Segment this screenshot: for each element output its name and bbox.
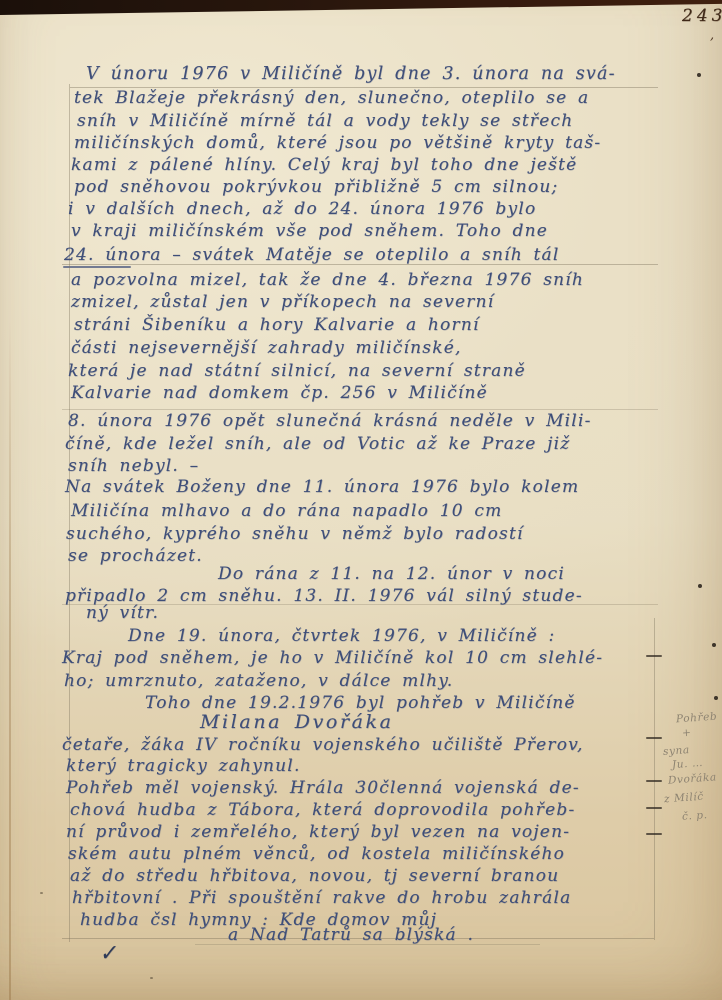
margin-note-line: č. p. (682, 809, 708, 823)
margin-note-line: Ju. … (672, 757, 704, 771)
pencil-speck (150, 977, 153, 979)
handwritten-line: a pozvolna mizel, tak že dne 4. března 1… (71, 270, 584, 291)
handwritten-line: 8. února 1976 opět slunečná krásná neděl… (68, 411, 592, 432)
handwritten-line: a Nad Tatrů sa blýská . (228, 925, 474, 946)
handwritten-line: sníh v Miličíně mírně tál a vody tekly s… (77, 111, 573, 132)
handwritten-line: 24. února – svátek Matěje se oteplilo a … (64, 245, 560, 266)
handwritten-line: stráni Šibeníku a hory Kalvarie a horní (74, 315, 480, 336)
tick-mark (646, 737, 662, 739)
handwritten-line: v kraji miličínském vše pod sněhem. Toho… (71, 221, 548, 242)
handwritten-line: V únoru 1976 v Miličíně byl dne 3. února… (86, 64, 616, 85)
margin-line-right (654, 618, 655, 940)
margin-note-line: + (682, 727, 692, 740)
handwritten-line: který tragicky zahynul. (66, 756, 301, 777)
handwritten-line: kami z pálené hlíny. Celý kraj byl toho … (71, 155, 577, 176)
handwritten-line: se procházet. (68, 546, 203, 567)
pencil-speck (40, 892, 43, 894)
handwritten-line: četaře, žáka IV ročníku vojenského učili… (62, 735, 584, 756)
ink-dot (712, 643, 716, 647)
handwritten-line: která je nad státní silnicí, na severní … (68, 361, 526, 382)
handwritten-line: číně, kde ležel sníh, ale od Votic až ke… (65, 434, 570, 455)
handwritten-line: sníh nebyl. – (68, 456, 199, 477)
handwritten-line: suchého, kyprého sněhu v němž bylo rados… (66, 524, 524, 545)
margin-note-line: syna (663, 744, 691, 758)
handwritten-line: Miličína mlhavo a do rána napadlo 10 cm (71, 501, 502, 522)
ink-dot (698, 584, 702, 588)
handwritten-line: Do rána z 11. na 12. únor v noci (218, 564, 565, 585)
tick-mark (646, 655, 662, 657)
handwritten-line: ho; umrznuto, zataženo, v dálce mlhy. (64, 671, 453, 692)
handwritten-line: miličínských domů, které jsou po většině… (74, 133, 601, 154)
handwritten-line: Na svátek Boženy dne 11. února 1976 bylo… (65, 477, 579, 498)
handwritten-line: části nejsevernější zahrady miličínské, (71, 338, 462, 359)
handwritten-line: Kalvarie nad domkem čp. 256 v Miličíně (71, 383, 488, 404)
handwritten-line: ní průvod i zemřelého, který byl vezen n… (66, 822, 570, 843)
handwritten-line: zmizel, zůstal jen v příkopech na severn… (71, 292, 494, 313)
handwritten-line: Dne 19. února, čtvrtek 1976, v Miličíně … (128, 626, 555, 647)
handwritten-line: až do středu hřbitova, novou, tj severní… (70, 866, 559, 887)
handwritten-line: i v dalších dnech, až do 24. února 1976 … (68, 199, 536, 220)
handwritten-line: ském autu plném věnců, od kostela miličí… (68, 844, 565, 865)
handwritten-line: hřbitovní . Při spouštění rakve do hrobu… (72, 888, 571, 909)
ink-dot (714, 696, 718, 700)
ink-comma-mark: , (710, 28, 714, 43)
handwritten-line: Kraj pod sněhem, je ho v Miličíně kol 10… (62, 648, 603, 669)
tick-mark (646, 807, 662, 809)
handwritten-line: Pohřeb měl vojenský. Hrála 30členná voje… (66, 778, 580, 799)
ruled-line (62, 409, 658, 410)
ink-dot (697, 73, 701, 77)
chronicle-photo-page: { "page": { "number": "243" }, "chronicl… (0, 0, 722, 1000)
checkmark: ✓ (98, 940, 118, 966)
tick-mark (646, 833, 662, 835)
handwritten-line: chová hudba z Tábora, která doprovodila … (70, 800, 575, 821)
tick-mark (646, 780, 662, 782)
ink-underline-date (63, 266, 131, 268)
handwritten-line: tek Blažeje překrásný den, slunečno, ote… (74, 88, 589, 109)
handwritten-line: pod sněhovou pokrývkou přibližně 5 cm si… (74, 177, 558, 198)
handwritten-line-name: Milana Dvořáka (200, 712, 394, 733)
page-number: 243 (682, 6, 722, 26)
page-edge-left (9, 320, 11, 1000)
handwritten-line: ný vítr. (86, 603, 159, 624)
